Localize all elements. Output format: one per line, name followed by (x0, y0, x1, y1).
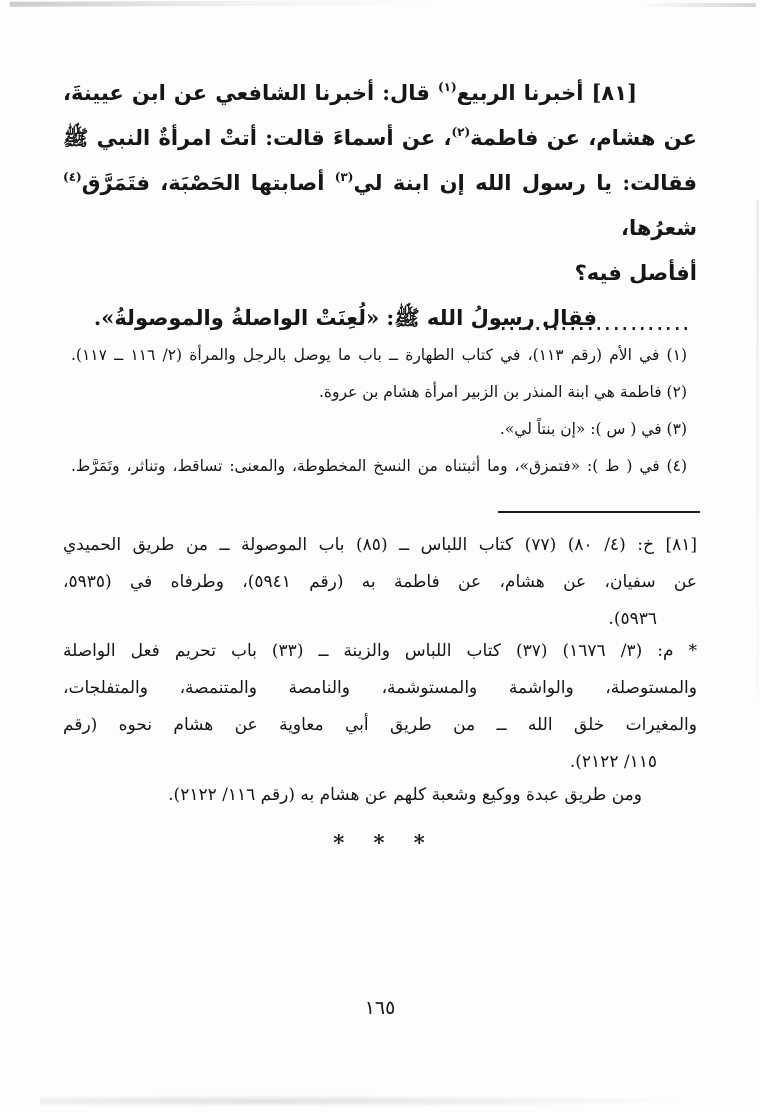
footnote-1: (١) في الأم (رقم ١١٣)، في كتاب الطهارة ـ… (63, 337, 697, 374)
scan-artifact-right (756, 200, 759, 700)
footnote-3: (٣) في ( س ): «إن بنتاً لي». (63, 411, 697, 448)
matn-line-1: [٨١] أخبرنا الربيع(١) قال: أخبرنا الشافع… (63, 70, 697, 115)
matn-line-1-cont: قال: أخبرنا الشافعي عن ابن عيينةَ، (63, 80, 438, 105)
footnote-2: (٢) فاطمة هي ابنة المنذر بن الزبير امرأة… (63, 374, 697, 411)
bukhari-reference-paragraph: [٨١] خ: (٤/ ٨٠) (٧٧) كتاب اللباس ــ (٨٥)… (63, 527, 697, 638)
matn-line-5: فقال رسولُ الله ﷺ: «لُعِنَتْ الواصلةُ وا… (63, 295, 697, 340)
footnote-marker-3: (٣) (335, 170, 354, 184)
scan-artifact-top (10, 0, 440, 7)
muslim-line-4: ١١٥/ ٢١٢٢). (63, 744, 697, 781)
muslim-line-1: * م: (٣/ ١٦٧٦) (٣٧) كتاب اللباس والزينة … (63, 633, 697, 670)
bukhari-line-1: [٨١] خ: (٤/ ٨٠) (٧٧) كتاب اللباس ــ (٨٥)… (63, 527, 697, 564)
footnote-4: (٤) في ( ط ): «فتمزق»، وما أثبتناه من ال… (63, 448, 697, 485)
matn-line-3-text: فقالت: يا رسول الله إن ابنة لي (353, 170, 697, 195)
footnote-marker-2: (٢) (451, 125, 470, 139)
bukhari-line-2: عن سفيان، عن هشام، عن فاطمة به (رقم ٥٩٤١… (63, 564, 697, 601)
tariq-line: ومن طريق عبدة ووكيع وشعبة كلهم عن هشام ب… (63, 777, 697, 814)
matn-line-3: فقالت: يا رسول الله إن ابنة لي(٣) أصابته… (63, 160, 697, 250)
footnote-marker-1: (١) (438, 80, 457, 94)
muslim-reference-paragraph: * م: (٣/ ١٦٧٦) (٣٧) كتاب اللباس والزينة … (63, 633, 697, 781)
scan-artifact-top-right (636, 3, 756, 7)
matn-line-2-text: عن هشام، عن فاطمة (470, 125, 697, 150)
matn-line-3-cont: شعرُها، (621, 215, 697, 240)
muslim-line-3: والمغيرات خلق الله ــ من طريق أبي معاوية… (63, 707, 697, 744)
matn-line-5-cont: : «لُعِنَتْ الواصلةُ والموصولةُ». (94, 305, 394, 330)
stars-divider: * * * (63, 830, 697, 855)
book-page: [٨١] أخبرنا الربيع(١) قال: أخبرنا الشافع… (0, 0, 760, 1113)
takhrij-separator-rule (498, 511, 700, 513)
scan-artifact-bottom (40, 1095, 680, 1107)
page-number: ١٦٥ (63, 997, 697, 1019)
matn-line-2-cont: ، عن أسماءَ قالت: أتتْ امرأةٌ النبي (88, 125, 451, 150)
footnote-dotted-leader (500, 327, 687, 330)
matn-line-2: عن هشام، عن فاطمة(٢)، عن أسماءَ قالت: أت… (63, 115, 697, 160)
hadith-text-block: [٨١] أخبرنا الربيع(١) قال: أخبرنا الشافع… (63, 70, 697, 340)
footnotes-block: (١) في الأم (رقم ١١٣)، في كتاب الطهارة ـ… (63, 337, 697, 485)
additional-chain-paragraph: ومن طريق عبدة ووكيع وشعبة كلهم عن هشام ب… (63, 777, 697, 814)
muslim-line-2: والمستوصلة، والواشمة والمستوشمة، والنامص… (63, 670, 697, 707)
footnote-marker-4: (٤) (63, 170, 82, 184)
salawat-symbol: ﷺ (63, 125, 88, 150)
matn-line-3-mid: أصابتها الحَصْبَة، فتَمَرَّق (82, 170, 335, 195)
salawat-symbol-2: ﷺ (394, 305, 419, 330)
matn-line-4: أفأصل فيه؟ (63, 250, 697, 295)
matn-line-1-text: [٨١] أخبرنا الربيع (457, 80, 637, 105)
